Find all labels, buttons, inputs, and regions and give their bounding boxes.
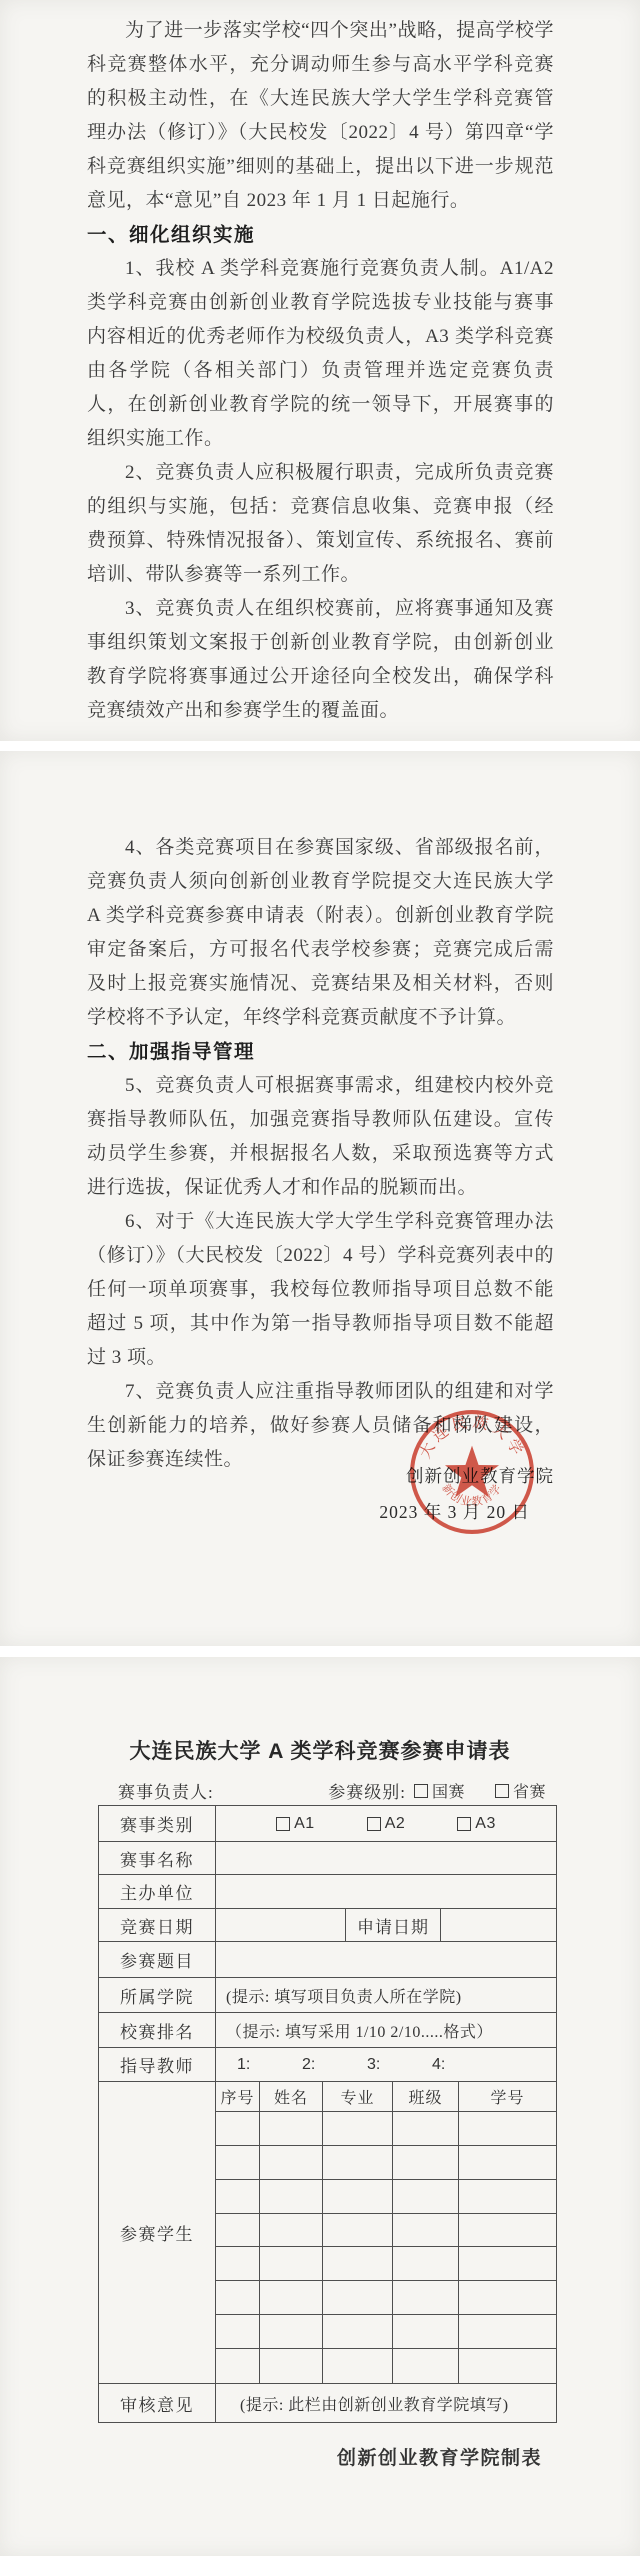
advisor-slots[interactable]: 1: 2: 3: 4: [216,2048,556,2081]
student-cell[interactable] [459,2281,556,2314]
form-footer: 创新创业教育学院制表 [337,2443,542,2470]
level-label: 参赛级别: [328,1778,406,1803]
level-option-national-label: 国赛 [432,1779,465,1802]
page-1: 为了进一步落实学校“四个突出”战略，提高学校学科竞赛整体水平，充分调动师生参与高… [0,0,640,741]
checkbox-a2[interactable] [367,1817,381,1831]
form-header-row: 赛事负责人: 参赛级别: 国赛 省赛 [118,1778,546,1803]
students-header-row: 序号 姓名 专业 班级 学号 [216,2082,556,2112]
section-2-heading: 二、加强指导管理 [87,1035,554,1069]
student-cell[interactable] [459,2214,556,2247]
student-cell[interactable] [216,2112,260,2145]
page-2-text: 4、各类竞赛项目在参赛国家级、省部级报名前，竞赛负责人须向创新创业教育学院提交大… [87,831,554,1477]
category-a2-label: A2 [385,1815,406,1833]
student-cell[interactable] [323,2112,393,2145]
col-name: 姓名 [260,2082,323,2111]
checkbox-a1[interactable] [276,1817,290,1831]
student-cell[interactable] [323,2315,393,2348]
student-cell[interactable] [393,2214,459,2247]
student-cell[interactable] [260,2281,323,2314]
advisor-slot-4: 4: [432,2056,497,2074]
section-1-heading: 一、细化组织实施 [87,218,554,252]
level-option-national: 国赛 [414,1779,465,1802]
student-cell[interactable] [459,2315,556,2348]
category-label: 赛事类别 [99,1806,216,1841]
organizer-field[interactable] [216,1875,556,1908]
category-option-a1: A1 [276,1815,315,1833]
category-option-a2: A2 [367,1815,406,1833]
student-cell[interactable] [260,2112,323,2145]
competition-date-label: 竞赛日期 [99,1909,216,1941]
row-advisors: 指导教师 1: 2: 3: 4: [99,2048,556,2082]
checkbox-national[interactable] [414,1784,428,1798]
event-name-field[interactable] [216,1842,556,1874]
col-student-id: 学号 [459,2082,556,2111]
college-label: 所属学院 [99,1978,216,2012]
page-1-text: 为了进一步落实学校“四个突出”战略，提高学校学科竞赛整体水平，充分调动师生参与高… [87,14,554,728]
student-cell[interactable] [393,2247,459,2280]
advisor-slot-3: 3: [367,2056,432,2074]
form-title: 大连民族大学 A 类学科竞赛参赛申请表 [0,1735,640,1765]
student-cell[interactable] [459,2349,556,2383]
student-cell[interactable] [260,2247,323,2280]
student-cell[interactable] [260,2214,323,2247]
col-index: 序号 [216,2082,260,2111]
item-3-paragraph: 3、竞赛负责人在组织校赛前，应将赛事通知及赛事组织策划文案报于创新创业教育学院，… [87,592,554,728]
student-cell[interactable] [459,2112,556,2145]
student-row [216,2247,556,2281]
row-organizer: 主办单位 [99,1875,556,1909]
advisor-label: 指导教师 [99,2048,216,2081]
page-2: 4、各类竞赛项目在参赛国家级、省部级报名前，竞赛负责人须向创新创业教育学院提交大… [0,751,640,1646]
student-cell[interactable] [459,2146,556,2179]
official-seal-stamp-icon: 大连民族大学 创新创业教育学院 [406,1406,538,1538]
row-topic: 参赛题目 [99,1942,556,1978]
category-options: A1 A2 A3 [216,1806,556,1841]
category-a1-label: A1 [294,1815,315,1833]
item-1-paragraph: 1、我校 A 类学科竞赛施行竞赛负责人制。A1/A2 类学科竞赛由创新创业教育学… [87,252,554,456]
review-hint: (提示: 此栏由创新创业教育学院填写) [216,2392,509,2415]
apply-date-field[interactable] [441,1909,556,1941]
event-leader-label: 赛事负责人: [118,1778,214,1803]
level-group: 参赛级别: 国赛 省赛 [328,1778,546,1803]
student-cell[interactable] [459,2247,556,2280]
category-a3-label: A3 [475,1815,496,1833]
student-row [216,2315,556,2349]
checkbox-a3[interactable] [457,1817,471,1831]
student-row [216,2349,556,2383]
student-cell[interactable] [393,2281,459,2314]
rank-hint: （提示: 填写采用 1/10 2/10.....格式） [216,2019,493,2042]
level-option-provincial-label: 省赛 [513,1779,546,1802]
student-cell[interactable] [260,2180,323,2213]
item-6-paragraph: 6、对于《大连民族大学大学生学科竞赛管理办法（修订）》（大民校发〔2022〕4 … [87,1205,554,1375]
row-dates: 竞赛日期 申请日期 [99,1909,556,1942]
item-4-paragraph: 4、各类竞赛项目在参赛国家级、省部级报名前，竞赛负责人须向创新创业教育学院提交大… [87,831,554,1035]
intro-paragraph: 为了进一步落实学校“四个突出”战略，提高学校学科竞赛整体水平，充分调动师生参与高… [87,14,554,218]
student-cell[interactable] [260,2349,323,2383]
row-college: 所属学院 (提示: 填写项目负责人所在学院) [99,1978,556,2013]
student-cell[interactable] [216,2281,260,2314]
student-cell[interactable] [393,2349,459,2383]
student-cell[interactable] [393,2146,459,2179]
student-cell[interactable] [323,2146,393,2179]
student-row [216,2281,556,2315]
student-cell[interactable] [393,2180,459,2213]
student-cell[interactable] [393,2315,459,2348]
student-cell[interactable] [216,2349,260,2383]
advisor-slot-1: 1: [237,2056,302,2074]
students-label: 参赛学生 [99,2082,216,2383]
student-row [216,2214,556,2248]
student-cell[interactable] [323,2349,393,2383]
students-subtable: 序号 姓名 专业 班级 学号 [216,2082,556,2383]
student-row [216,2180,556,2214]
row-students: 参赛学生 序号 姓名 专业 班级 学号 [99,2082,556,2384]
item-2-paragraph: 2、竞赛负责人应积极履行职责，完成所负责竞赛的组织与实施，包括：竞赛信息收集、竞… [87,456,554,592]
student-row [216,2112,556,2146]
scanned-document: 为了进一步落实学校“四个突出”战略，提高学校学科竞赛整体水平，充分调动师生参与高… [0,0,640,2556]
page-3-application-form: 大连民族大学 A 类学科竞赛参赛申请表 赛事负责人: 参赛级别: 国赛 省赛 赛… [0,1657,640,2556]
organizer-label: 主办单位 [99,1875,216,1908]
rank-label: 校赛排名 [99,2013,216,2047]
student-row [216,2146,556,2180]
event-name-label: 赛事名称 [99,1842,216,1874]
student-cell[interactable] [216,2247,260,2280]
student-cell[interactable] [459,2180,556,2213]
student-cell[interactable] [323,2180,393,2213]
advisor-slot-2: 2: [302,2056,367,2074]
student-cell[interactable] [216,2315,260,2348]
college-hint: (提示: 填写项目负责人所在学院) [216,1984,462,2007]
row-rank: 校赛排名 （提示: 填写采用 1/10 2/10.....格式） [99,2013,556,2048]
student-cell[interactable] [216,2214,260,2247]
row-review: 审核意见 (提示: 此栏由创新创业教育学院填写) [99,2384,556,2422]
student-cell[interactable] [393,2112,459,2145]
col-class: 班级 [393,2082,459,2111]
student-cell[interactable] [323,2247,393,2280]
category-option-a3: A3 [457,1815,496,1833]
student-cell[interactable] [216,2180,260,2213]
student-cell[interactable] [260,2315,323,2348]
student-cell[interactable] [323,2281,393,2314]
checkbox-provincial[interactable] [495,1784,509,1798]
review-label: 审核意见 [99,2384,216,2422]
student-cell[interactable] [216,2146,260,2179]
apply-date-label: 申请日期 [346,1909,441,1941]
student-cell[interactable] [260,2146,323,2179]
topic-label: 参赛题目 [99,1942,216,1977]
item-5-paragraph: 5、竞赛负责人可根据赛事需求，组建校内校外竞赛指导教师队伍，加强竞赛指导教师队伍… [87,1069,554,1205]
topic-field[interactable] [216,1942,556,1977]
col-major: 专业 [323,2082,393,2111]
student-cell[interactable] [323,2214,393,2247]
level-option-provincial: 省赛 [495,1779,546,1802]
competition-date-field[interactable] [216,1909,346,1941]
application-table: 赛事类别 A1 A2 A3 赛事名称 [98,1805,557,2423]
row-category: 赛事类别 A1 A2 A3 [99,1806,556,1842]
row-event-name: 赛事名称 [99,1842,556,1875]
